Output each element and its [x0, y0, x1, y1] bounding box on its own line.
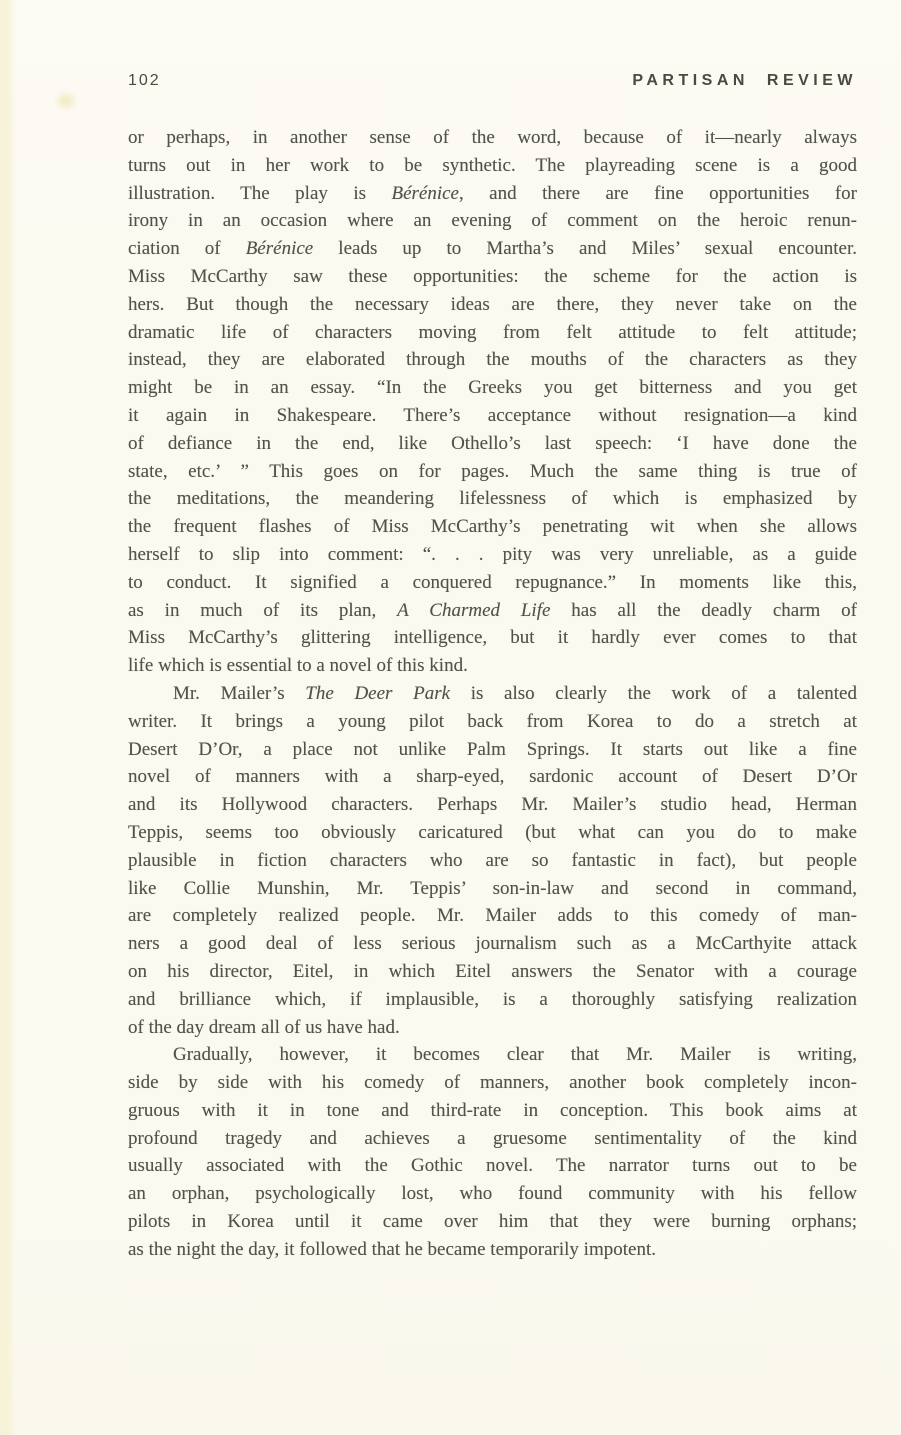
- text-line: like Collie Munshin, Mr. Teppis’ son-in-…: [128, 875, 857, 903]
- text-line: an orphan, psychologically lost, who fou…: [128, 1180, 857, 1208]
- page-number: 102: [128, 72, 161, 90]
- text-line: gruous with it in tone and third-rate in…: [128, 1097, 857, 1125]
- text-line: it again in Shakespeare. There’s accepta…: [128, 402, 857, 430]
- text-line: side by side with his comedy of manners,…: [128, 1069, 857, 1097]
- text-line: as the night the day, it followed that h…: [128, 1236, 857, 1264]
- text-line: or perhaps, in another sense of the word…: [128, 124, 857, 152]
- text-line: turns out in her work to be synthetic. T…: [128, 152, 857, 180]
- text-line: instead, they are elaborated through the…: [128, 346, 857, 374]
- text-line: writer. It brings a young pilot back fro…: [128, 708, 857, 736]
- text-line: as in much of its plan, A Charmed Life h…: [128, 597, 857, 625]
- paper-blemish: [58, 94, 74, 108]
- text-line: Miss McCarthy’s glittering intelligence,…: [128, 624, 857, 652]
- text-line: life which is essential to a novel of th…: [128, 652, 857, 680]
- paragraph: or perhaps, in another sense of the word…: [128, 124, 857, 680]
- text-line: are completely realized people. Mr. Mail…: [128, 902, 857, 930]
- text-line: Gradually, however, it becomes clear tha…: [128, 1041, 857, 1069]
- text-line: profound tragedy and achieves a gruesome…: [128, 1125, 857, 1153]
- text-line: plausible in fiction characters who are …: [128, 847, 857, 875]
- text-line: to conduct. It signified a conquered rep…: [128, 569, 857, 597]
- text-line: ners a good deal of less serious journal…: [128, 930, 857, 958]
- scanned-book-page: 102 PARTISAN REVIEW or perhaps, in anoth…: [0, 0, 901, 1435]
- text-line: state, etc.’ ” This goes on for pages. M…: [128, 458, 857, 486]
- text-line: pilots in Korea until it came over him t…: [128, 1208, 857, 1236]
- text-line: herself to slip into comment: “. . . pit…: [128, 541, 857, 569]
- text-line: might be in an essay. “In the Greeks you…: [128, 374, 857, 402]
- text-line: and its Hollywood characters. Perhaps Mr…: [128, 791, 857, 819]
- paragraph: Mr. Mailer’s The Deer Park is also clear…: [128, 680, 857, 1041]
- text-line: Desert D’Or, a place not unlike Palm Spr…: [128, 736, 857, 764]
- text-line: novel of manners with a sharp-eyed, sard…: [128, 763, 857, 791]
- text-line: of defiance in the end, like Othello’s l…: [128, 430, 857, 458]
- text-line: irony in an occasion where an evening of…: [128, 207, 857, 235]
- text-line: and brilliance which, if implausible, is…: [128, 986, 857, 1014]
- text-line: Mr. Mailer’s The Deer Park is also clear…: [128, 680, 857, 708]
- text-line: the meditations, the meandering lifeless…: [128, 485, 857, 513]
- text-line: usually associated with the Gothic novel…: [128, 1152, 857, 1180]
- text-line: on his director, Eitel, in which Eitel a…: [128, 958, 857, 986]
- journal-title: PARTISAN REVIEW: [632, 72, 857, 90]
- text-line: ciation of Bérénice leads up to Martha’s…: [128, 235, 857, 263]
- text-line: Teppis, seems too obviously caricatured …: [128, 819, 857, 847]
- text-line: illustration. The play is Bérénice, and …: [128, 180, 857, 208]
- text-line: Miss McCarthy saw these opportunities: t…: [128, 263, 857, 291]
- text-line: dramatic life of characters moving from …: [128, 319, 857, 347]
- text-line: hers. But though the necessary ideas are…: [128, 291, 857, 319]
- body-text: or perhaps, in another sense of the word…: [128, 124, 857, 1264]
- running-header: 102 PARTISAN REVIEW: [128, 72, 857, 90]
- text-line: the frequent flashes of Miss McCarthy’s …: [128, 513, 857, 541]
- text-line: of the day dream all of us have had.: [128, 1014, 857, 1042]
- paragraph: Gradually, however, it becomes clear tha…: [128, 1041, 857, 1263]
